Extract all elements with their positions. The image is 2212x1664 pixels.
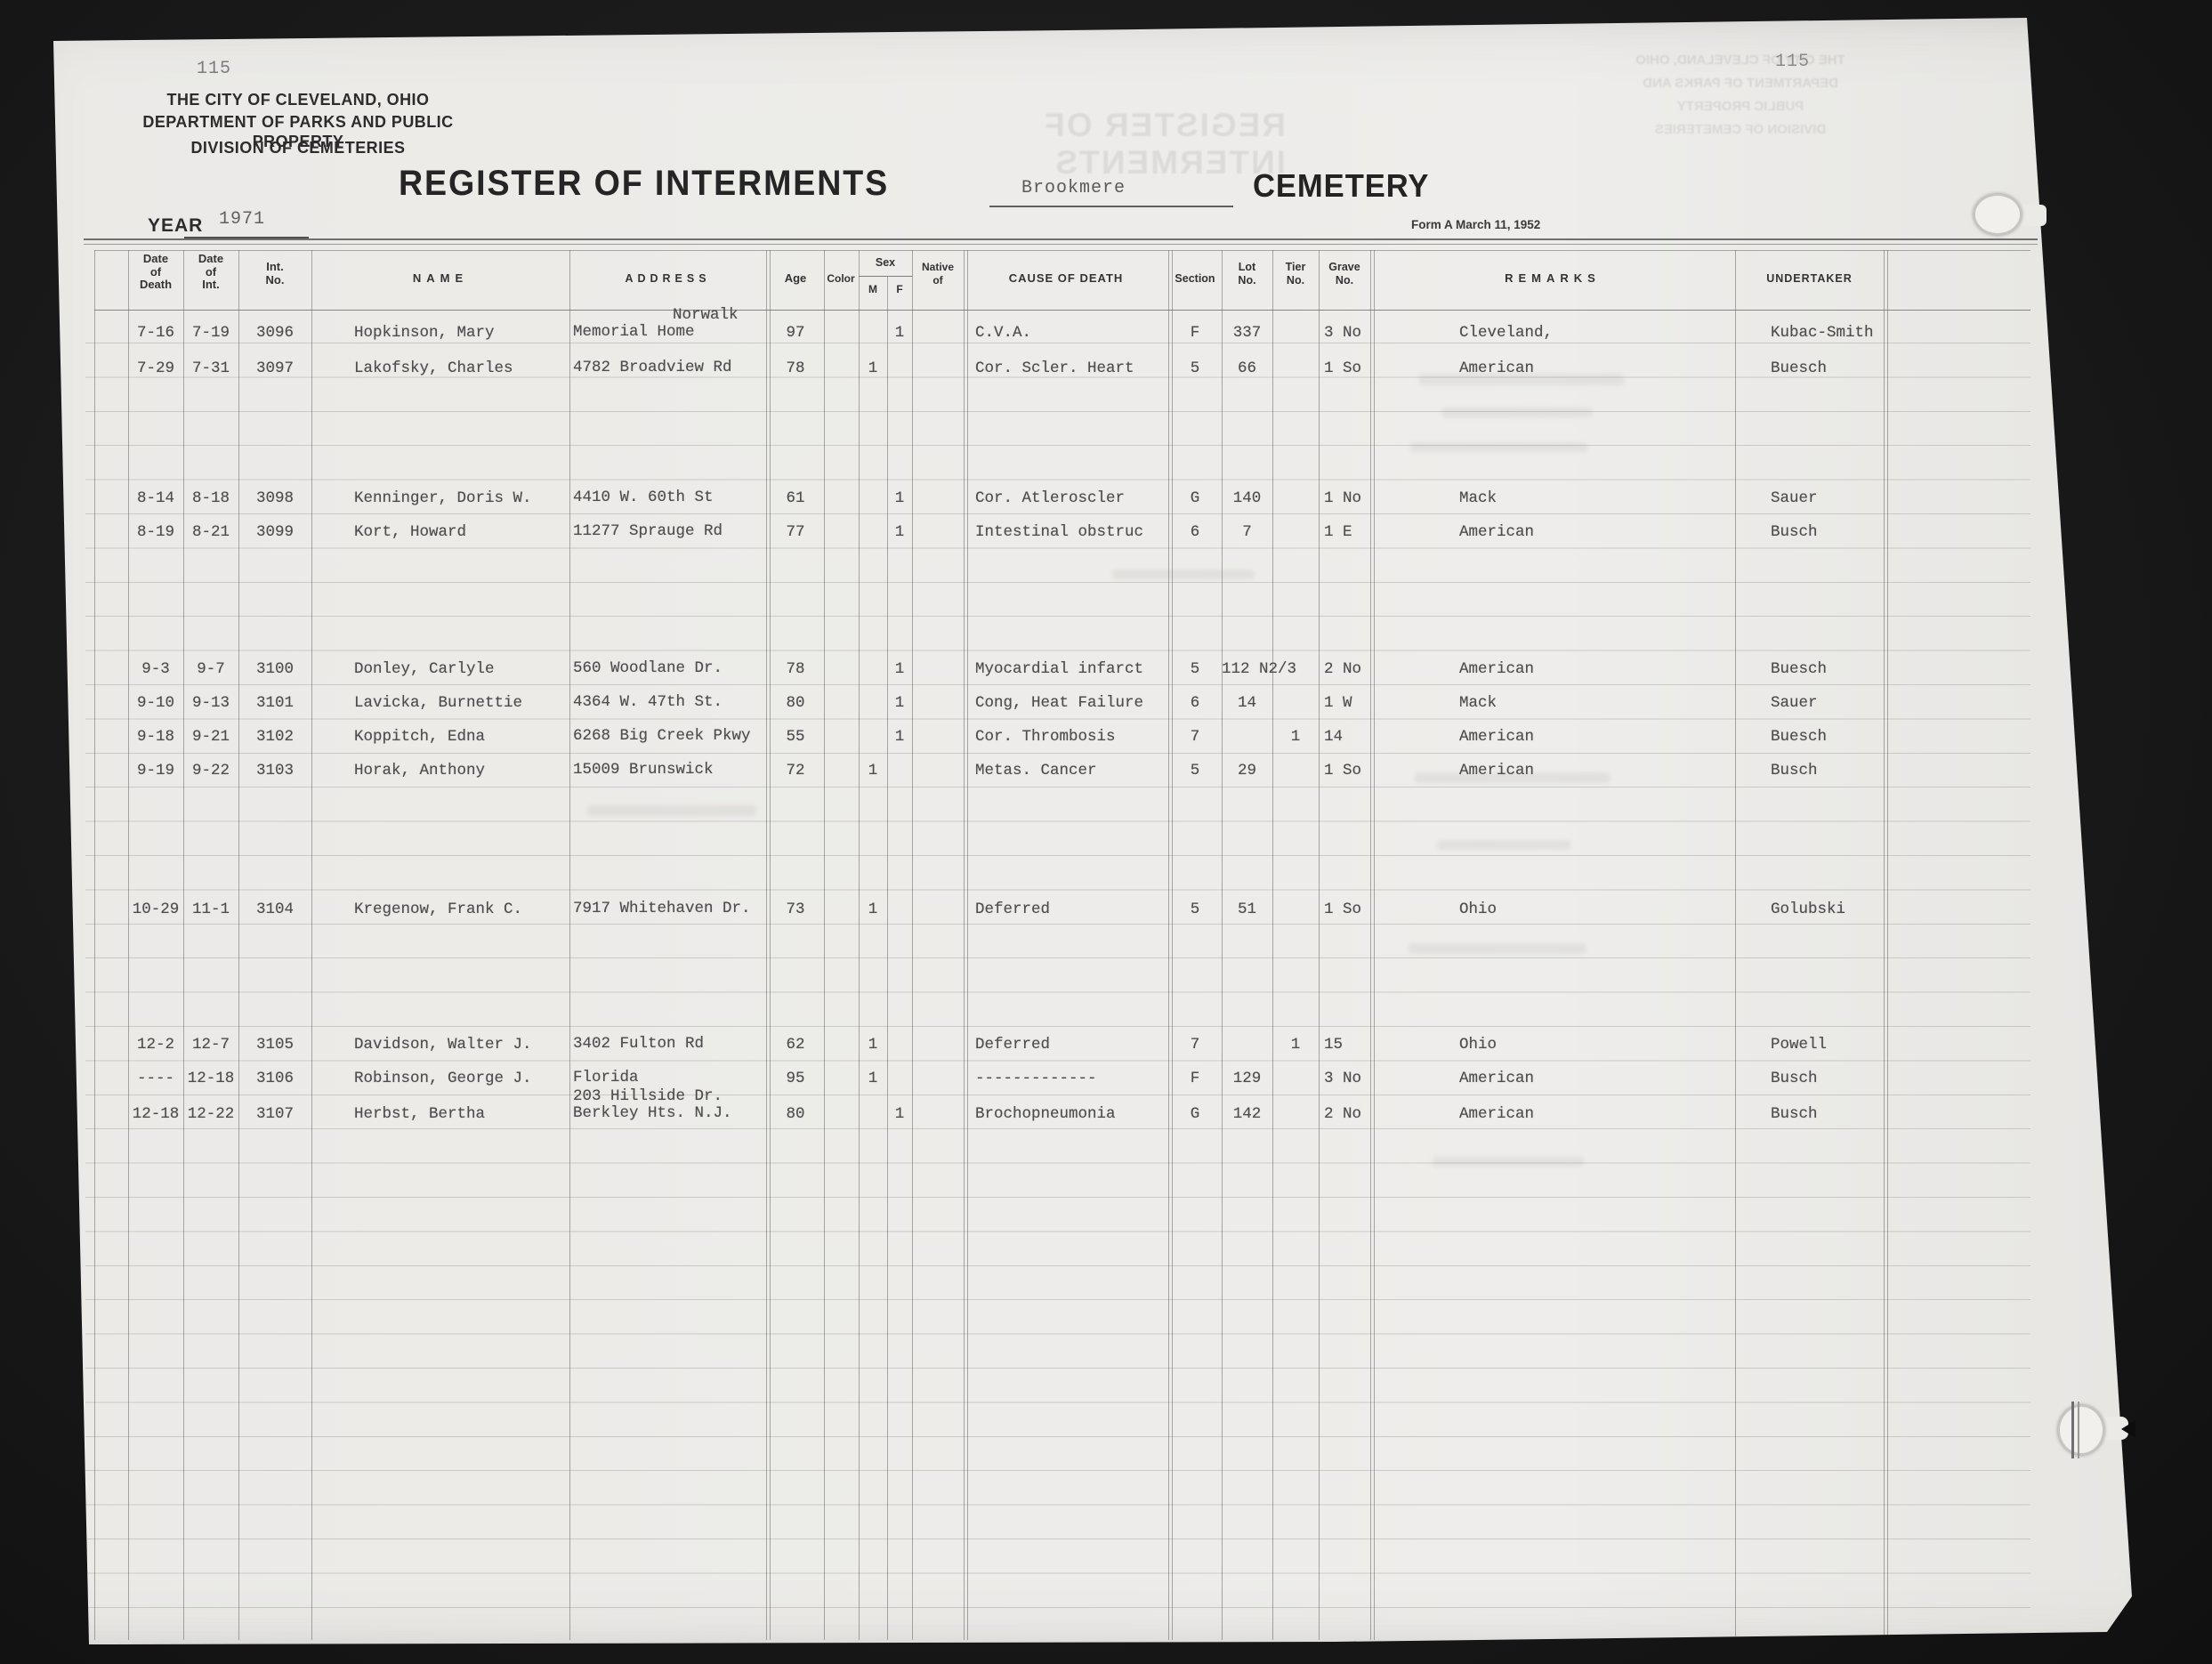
table-top-rule xyxy=(84,238,2038,240)
col-header-address: ADDRESS xyxy=(569,272,766,286)
cell-age: 78 xyxy=(767,359,824,377)
cell-name: Robinson, George J. xyxy=(354,1070,568,1087)
cell-address: 7917 Whitehaven Dr. xyxy=(573,901,766,917)
register-row: 10-2911-13104Kregenow, Frank C.7917 Whit… xyxy=(0,901,2212,920)
cell-int: 7-19 xyxy=(183,324,238,342)
cell-remarks: Ohio xyxy=(1459,901,1731,918)
cell-grave: 1 So xyxy=(1324,359,1404,377)
cell-name: Hopkinson, Mary xyxy=(354,324,568,342)
column-line xyxy=(183,250,184,1640)
col-header-grave-no: Grave No. xyxy=(1319,261,1370,287)
register-row: 7-297-313097Lakofsky, Charles4782 Broadv… xyxy=(0,359,2212,379)
cell-death: 10-29 xyxy=(128,901,183,918)
cell-remarks: American xyxy=(1459,523,1731,541)
column-line xyxy=(569,250,570,1640)
bleed-through-smudge xyxy=(1441,408,1593,417)
cell-int: 8-21 xyxy=(183,523,238,541)
cell-age: 77 xyxy=(767,523,824,541)
column-line xyxy=(1319,250,1320,1640)
cemetery-name-entry: Brookmere xyxy=(1021,178,1126,198)
cell-name: Lavicka, Burnettie xyxy=(354,694,568,712)
cell-section: G xyxy=(1168,1105,1222,1123)
cell-section: 5 xyxy=(1168,660,1222,678)
cell-age: 55 xyxy=(767,728,824,746)
cell-int: 9-21 xyxy=(183,728,238,746)
cell-int: 8-18 xyxy=(183,489,238,507)
column-line xyxy=(824,250,825,1640)
cell-lot: 112 N2/3 xyxy=(1222,660,1272,678)
cell-cause: Brochopneumonia xyxy=(975,1105,1168,1123)
cell-grave: 15 xyxy=(1324,1036,1404,1054)
cell-death: 9-3 xyxy=(128,660,183,678)
cell-int: 12-22 xyxy=(183,1105,238,1123)
bleed-through-smudge xyxy=(587,805,756,816)
cell-no: 3106 xyxy=(238,1070,311,1087)
paper-sheet: REGISTER OF INTERMENTS THE CITY OF CLEVE… xyxy=(0,0,2212,1664)
cell-no: 3104 xyxy=(238,901,311,918)
register-row: 9-109-133101Lavicka, Burnettie4364 W. 47… xyxy=(0,694,2212,714)
cell-lot: 29 xyxy=(1222,762,1272,779)
cell-lot: 66 xyxy=(1222,359,1272,377)
column-line xyxy=(128,250,129,1640)
cell-undertaker: Busch xyxy=(1771,1105,1931,1123)
cell-cause: Intestinal obstruc xyxy=(975,523,1168,541)
col-header-native-of: Native of xyxy=(912,261,964,287)
cell-m: 1 xyxy=(859,359,887,377)
cell-death: 9-18 xyxy=(128,728,183,746)
cell-no: 3097 xyxy=(238,359,311,377)
cell-lot: 337 xyxy=(1222,324,1272,342)
cell-cause: C.V.A. xyxy=(975,324,1168,342)
cemetery-name-blank-line xyxy=(989,206,1233,207)
org-line-3: DIVISION OF CEMETERIES xyxy=(121,138,475,158)
year-label: YEAR xyxy=(148,215,203,237)
cell-remarks: Ohio xyxy=(1459,1036,1731,1054)
column-line xyxy=(1887,250,1888,1640)
binder-hole-top xyxy=(1974,194,2022,235)
cell-no: 3102 xyxy=(238,728,311,746)
cell-section: F xyxy=(1168,324,1222,342)
cell-m: 1 xyxy=(859,1036,887,1054)
cell-death: 9-19 xyxy=(128,762,183,779)
binder-hole-bottom xyxy=(2058,1405,2104,1455)
column-line xyxy=(859,250,860,1640)
cell-age: 80 xyxy=(767,1105,824,1123)
cell-death: 8-14 xyxy=(128,489,183,507)
cell-undertaker: Golubski xyxy=(1771,901,1931,918)
cell-section: 7 xyxy=(1168,728,1222,746)
cell-name: Kregenow, Frank C. xyxy=(354,901,568,918)
cell-remarks: Cleveland, xyxy=(1459,324,1731,342)
cell-remarks: American xyxy=(1459,1105,1731,1123)
col-header-sex-male: M xyxy=(859,283,887,296)
cell-death: 8-19 xyxy=(128,523,183,541)
cell-death: 7-16 xyxy=(128,324,183,342)
col-header-sex-female: F xyxy=(887,283,912,296)
cell-address: 3402 Fulton Rd xyxy=(573,1036,766,1053)
cell-f: 1 xyxy=(887,523,912,541)
cell-name: Herbst, Bertha xyxy=(354,1105,568,1123)
column-line xyxy=(887,277,888,1640)
bleed-through-smudge xyxy=(1437,840,1570,850)
cell-death: 9-10 xyxy=(128,694,183,712)
register-row: 7-167-193096Hopkinson, MaryNorwalk Memor… xyxy=(0,324,2212,343)
cell-no: 3098 xyxy=(238,489,311,507)
cell-int: 11-1 xyxy=(183,901,238,918)
cell-lot: 140 xyxy=(1222,489,1272,507)
sex-header-underline xyxy=(859,276,912,277)
cell-grave: 1 No xyxy=(1324,489,1404,507)
cell-remarks: Mack xyxy=(1459,694,1731,712)
register-row: 12-1812-223107Herbst, Bertha203 Hillside… xyxy=(0,1105,2212,1125)
cell-age: 80 xyxy=(767,694,824,712)
cell-int: 7-31 xyxy=(183,359,238,377)
cell-address: Norwalk Memorial Home xyxy=(573,307,766,341)
cell-remarks: American xyxy=(1459,359,1731,377)
cell-address: 4364 W. 47th St. xyxy=(573,694,766,711)
col-header-interment-no: Int. No. xyxy=(238,261,311,287)
cell-no: 3105 xyxy=(238,1036,311,1054)
cell-undertaker: Busch xyxy=(1771,1070,1931,1087)
cell-m: 1 xyxy=(859,762,887,779)
year-value-entry: 1971 xyxy=(219,209,265,230)
cell-lot: 51 xyxy=(1222,901,1272,918)
cell-address: 6268 Big Creek Pkwy xyxy=(573,728,766,745)
cell-no: 3100 xyxy=(238,660,311,678)
column-line xyxy=(1374,250,1375,1640)
column-line xyxy=(94,250,95,1640)
cell-address: 11277 Sprauge Rd xyxy=(573,523,766,540)
cell-remarks: American xyxy=(1459,1070,1731,1087)
cell-address: 4782 Broadview Rd xyxy=(573,359,766,376)
cell-death: ---- xyxy=(128,1070,183,1087)
cell-remarks: American xyxy=(1459,728,1731,746)
cell-cause: Metas. Cancer xyxy=(975,762,1168,779)
cell-f: 1 xyxy=(887,728,912,746)
cell-address: 4410 W. 60th St xyxy=(573,489,766,506)
column-line xyxy=(912,250,913,1640)
cell-m: 1 xyxy=(859,1070,887,1087)
cell-tier: 1 xyxy=(1272,1036,1319,1054)
bleed-through-smudge xyxy=(1112,569,1255,579)
cell-f: 1 xyxy=(887,660,912,678)
cell-grave: 2 No xyxy=(1324,1105,1404,1123)
cell-cause: Cor. Atleroscler xyxy=(975,489,1168,507)
cell-int: 9-13 xyxy=(183,694,238,712)
column-line xyxy=(1222,250,1223,1640)
cell-cause: Cong, Heat Failure xyxy=(975,694,1168,712)
cell-lot: 129 xyxy=(1222,1070,1272,1087)
cell-undertaker: Sauer xyxy=(1771,694,1931,712)
cell-section: 5 xyxy=(1168,359,1222,377)
cell-f: 1 xyxy=(887,489,912,507)
cell-age: 62 xyxy=(767,1036,824,1054)
col-header-section: Section xyxy=(1168,272,1222,286)
register-row: 9-199-223103Horak, Anthony15009 Brunswic… xyxy=(0,762,2212,781)
cell-section: 6 xyxy=(1168,694,1222,712)
column-line xyxy=(967,250,968,1640)
cell-age: 95 xyxy=(767,1070,824,1087)
register-row: 8-148-183098Kenninger, Doris W.4410 W. 6… xyxy=(0,489,2212,509)
form-note: Form A March 11, 1952 xyxy=(1411,218,1540,231)
cell-section: 5 xyxy=(1168,762,1222,779)
cell-tier: 1 xyxy=(1272,728,1319,746)
cell-grave: 1 So xyxy=(1324,901,1404,918)
cell-lot: 14 xyxy=(1222,694,1272,712)
column-line xyxy=(766,250,767,1640)
cell-f: 1 xyxy=(887,324,912,342)
col-header-tier-no: Tier No. xyxy=(1272,261,1319,287)
column-line xyxy=(964,250,965,1640)
col-header-date-of-interment: Date of Int. xyxy=(183,253,238,292)
cell-cause: ------------- xyxy=(975,1070,1168,1087)
cell-name: Lakofsky, Charles xyxy=(354,359,568,377)
cell-lot: 7 xyxy=(1222,523,1272,541)
cell-remarks: Mack xyxy=(1459,489,1731,507)
cell-int: 9-7 xyxy=(183,660,238,678)
cell-cause: Deferred xyxy=(975,901,1168,918)
cell-death: 12-2 xyxy=(128,1036,183,1054)
register-row: 9-39-73100Donley, Carlyle560 Woodlane Dr… xyxy=(0,660,2212,680)
cell-name: Kort, Howard xyxy=(354,523,568,541)
cell-section: 7 xyxy=(1168,1036,1222,1054)
cell-no: 3103 xyxy=(238,762,311,779)
bleed-through-title: REGISTER OF INTERMENTS xyxy=(868,107,1286,182)
cell-age: 73 xyxy=(767,901,824,918)
page-number-bleed: 115 xyxy=(1775,52,1810,72)
cell-m: 1 xyxy=(859,901,887,918)
bleed-through-org-block: THE CITY OF CLEVELAND, OHIO DEPARTMENT O… xyxy=(1621,49,1860,141)
register-row: 8-198-213099Kort, Howard11277 Sprauge Rd… xyxy=(0,523,2212,543)
cell-address: 203 Hillside Dr. Berkley Hts. N.J. xyxy=(573,1088,766,1122)
binder-post-highlight xyxy=(2078,1401,2079,1458)
cell-cause: Deferred xyxy=(975,1036,1168,1054)
col-header-remarks: REMARKS xyxy=(1370,272,1735,286)
col-header-color: Color xyxy=(822,272,860,286)
page-number: 115 xyxy=(197,59,231,79)
cell-no: 3101 xyxy=(238,694,311,712)
cell-no: 3096 xyxy=(238,324,311,342)
cell-name: Horak, Anthony xyxy=(354,762,568,779)
cell-section: 6 xyxy=(1168,523,1222,541)
cell-remarks: American xyxy=(1459,660,1731,678)
cell-age: 61 xyxy=(767,489,824,507)
col-header-age: Age xyxy=(767,272,824,286)
scanned-register-page: REGISTER OF INTERMENTS THE CITY OF CLEVE… xyxy=(0,0,2212,1664)
cemetery-label: CEMETERY xyxy=(1253,167,1429,205)
cell-section: 5 xyxy=(1168,901,1222,918)
cell-f: 1 xyxy=(887,1105,912,1123)
register-row: 12-212-73105Davidson, Walter J.3402 Fult… xyxy=(0,1036,2212,1055)
cell-section: F xyxy=(1168,1070,1222,1087)
cell-undertaker: Powell xyxy=(1771,1036,1931,1054)
cell-grave: 3 No xyxy=(1324,324,1404,342)
col-header-date-of-death: Date of Death xyxy=(128,253,183,292)
page-title: REGISTER OF INTERMENTS xyxy=(399,164,889,204)
binder-clip xyxy=(2121,1420,2135,1438)
register-row: 9-189-213102Koppitch, Edna6268 Big Creek… xyxy=(0,728,2212,747)
cell-name: Koppitch, Edna xyxy=(354,728,568,746)
column-line xyxy=(1370,250,1371,1640)
cell-cause: Myocardial infarct xyxy=(975,660,1168,678)
cell-age: 78 xyxy=(767,660,824,678)
cell-int: 9-22 xyxy=(183,762,238,779)
bleed-through-smudge xyxy=(1410,442,1588,452)
cell-remarks: American xyxy=(1459,762,1731,779)
cell-grave: 3 No xyxy=(1324,1070,1404,1087)
cell-int: 12-7 xyxy=(183,1036,238,1054)
column-line xyxy=(311,250,312,1640)
header-top-line xyxy=(94,250,2030,251)
header-bottom-line xyxy=(94,310,2030,311)
column-line xyxy=(1168,250,1169,1640)
col-header-cause-of-death: CAUSE OF DEATH xyxy=(964,272,1168,286)
bleed-through-smudge xyxy=(1433,1157,1584,1167)
cell-int: 12-18 xyxy=(183,1070,238,1087)
cell-age: 72 xyxy=(767,762,824,779)
column-line xyxy=(1272,250,1273,1640)
col-header-name: NAME xyxy=(311,272,569,286)
column-line xyxy=(1172,250,1173,1640)
cell-death: 12-18 xyxy=(128,1105,183,1123)
cell-no: 3107 xyxy=(238,1105,311,1123)
col-header-undertaker: UNDERTAKER xyxy=(1735,272,1884,286)
binder-post xyxy=(2071,1401,2074,1458)
cell-grave: 1 W xyxy=(1324,694,1404,712)
cell-address: 560 Woodlane Dr. xyxy=(573,660,766,677)
cell-undertaker: Buesch xyxy=(1771,359,1931,377)
column-line xyxy=(1735,250,1736,1640)
cell-undertaker: Buesch xyxy=(1771,728,1931,746)
cell-cause: Cor. Thrombosis xyxy=(975,728,1168,746)
cell-lot: 142 xyxy=(1222,1105,1272,1123)
cell-grave: 1 So xyxy=(1324,762,1404,779)
cell-undertaker: Kubac-Smith xyxy=(1771,324,1931,342)
cell-age: 97 xyxy=(767,324,824,342)
column-line xyxy=(1884,250,1885,1640)
cell-grave: 14 xyxy=(1324,728,1404,746)
org-line-1: THE CITY OF CLEVELAND, OHIO xyxy=(121,90,475,109)
cell-undertaker: Sauer xyxy=(1771,489,1931,507)
table-top-rule-thin xyxy=(84,244,2038,245)
cell-name: Kenninger, Doris W. xyxy=(354,489,568,507)
cell-name: Davidson, Walter J. xyxy=(354,1036,568,1054)
cell-address: Florida xyxy=(573,1070,766,1086)
cell-name: Donley, Carlyle xyxy=(354,660,568,678)
cell-undertaker: Busch xyxy=(1771,523,1931,541)
cell-no: 3099 xyxy=(238,523,311,541)
cell-undertaker: Buesch xyxy=(1771,660,1931,678)
cell-f: 1 xyxy=(887,694,912,712)
cell-section: G xyxy=(1168,489,1222,507)
col-header-sex: Sex xyxy=(859,256,912,270)
column-line xyxy=(238,250,239,1640)
cell-cause: Cor. Scler. Heart xyxy=(975,359,1168,377)
cell-death: 7-29 xyxy=(128,359,183,377)
bleed-through-smudge xyxy=(1409,943,1586,954)
col-header-lot-no: Lot No. xyxy=(1222,261,1272,287)
cell-grave: 1 E xyxy=(1324,523,1404,541)
cell-address: 15009 Brunswick xyxy=(573,762,766,779)
cell-undertaker: Busch xyxy=(1771,762,1931,779)
cell-grave: 2 No xyxy=(1324,660,1404,678)
column-line xyxy=(770,250,771,1640)
register-row: ----12-183106Robinson, George J.Florida9… xyxy=(0,1070,2212,1089)
